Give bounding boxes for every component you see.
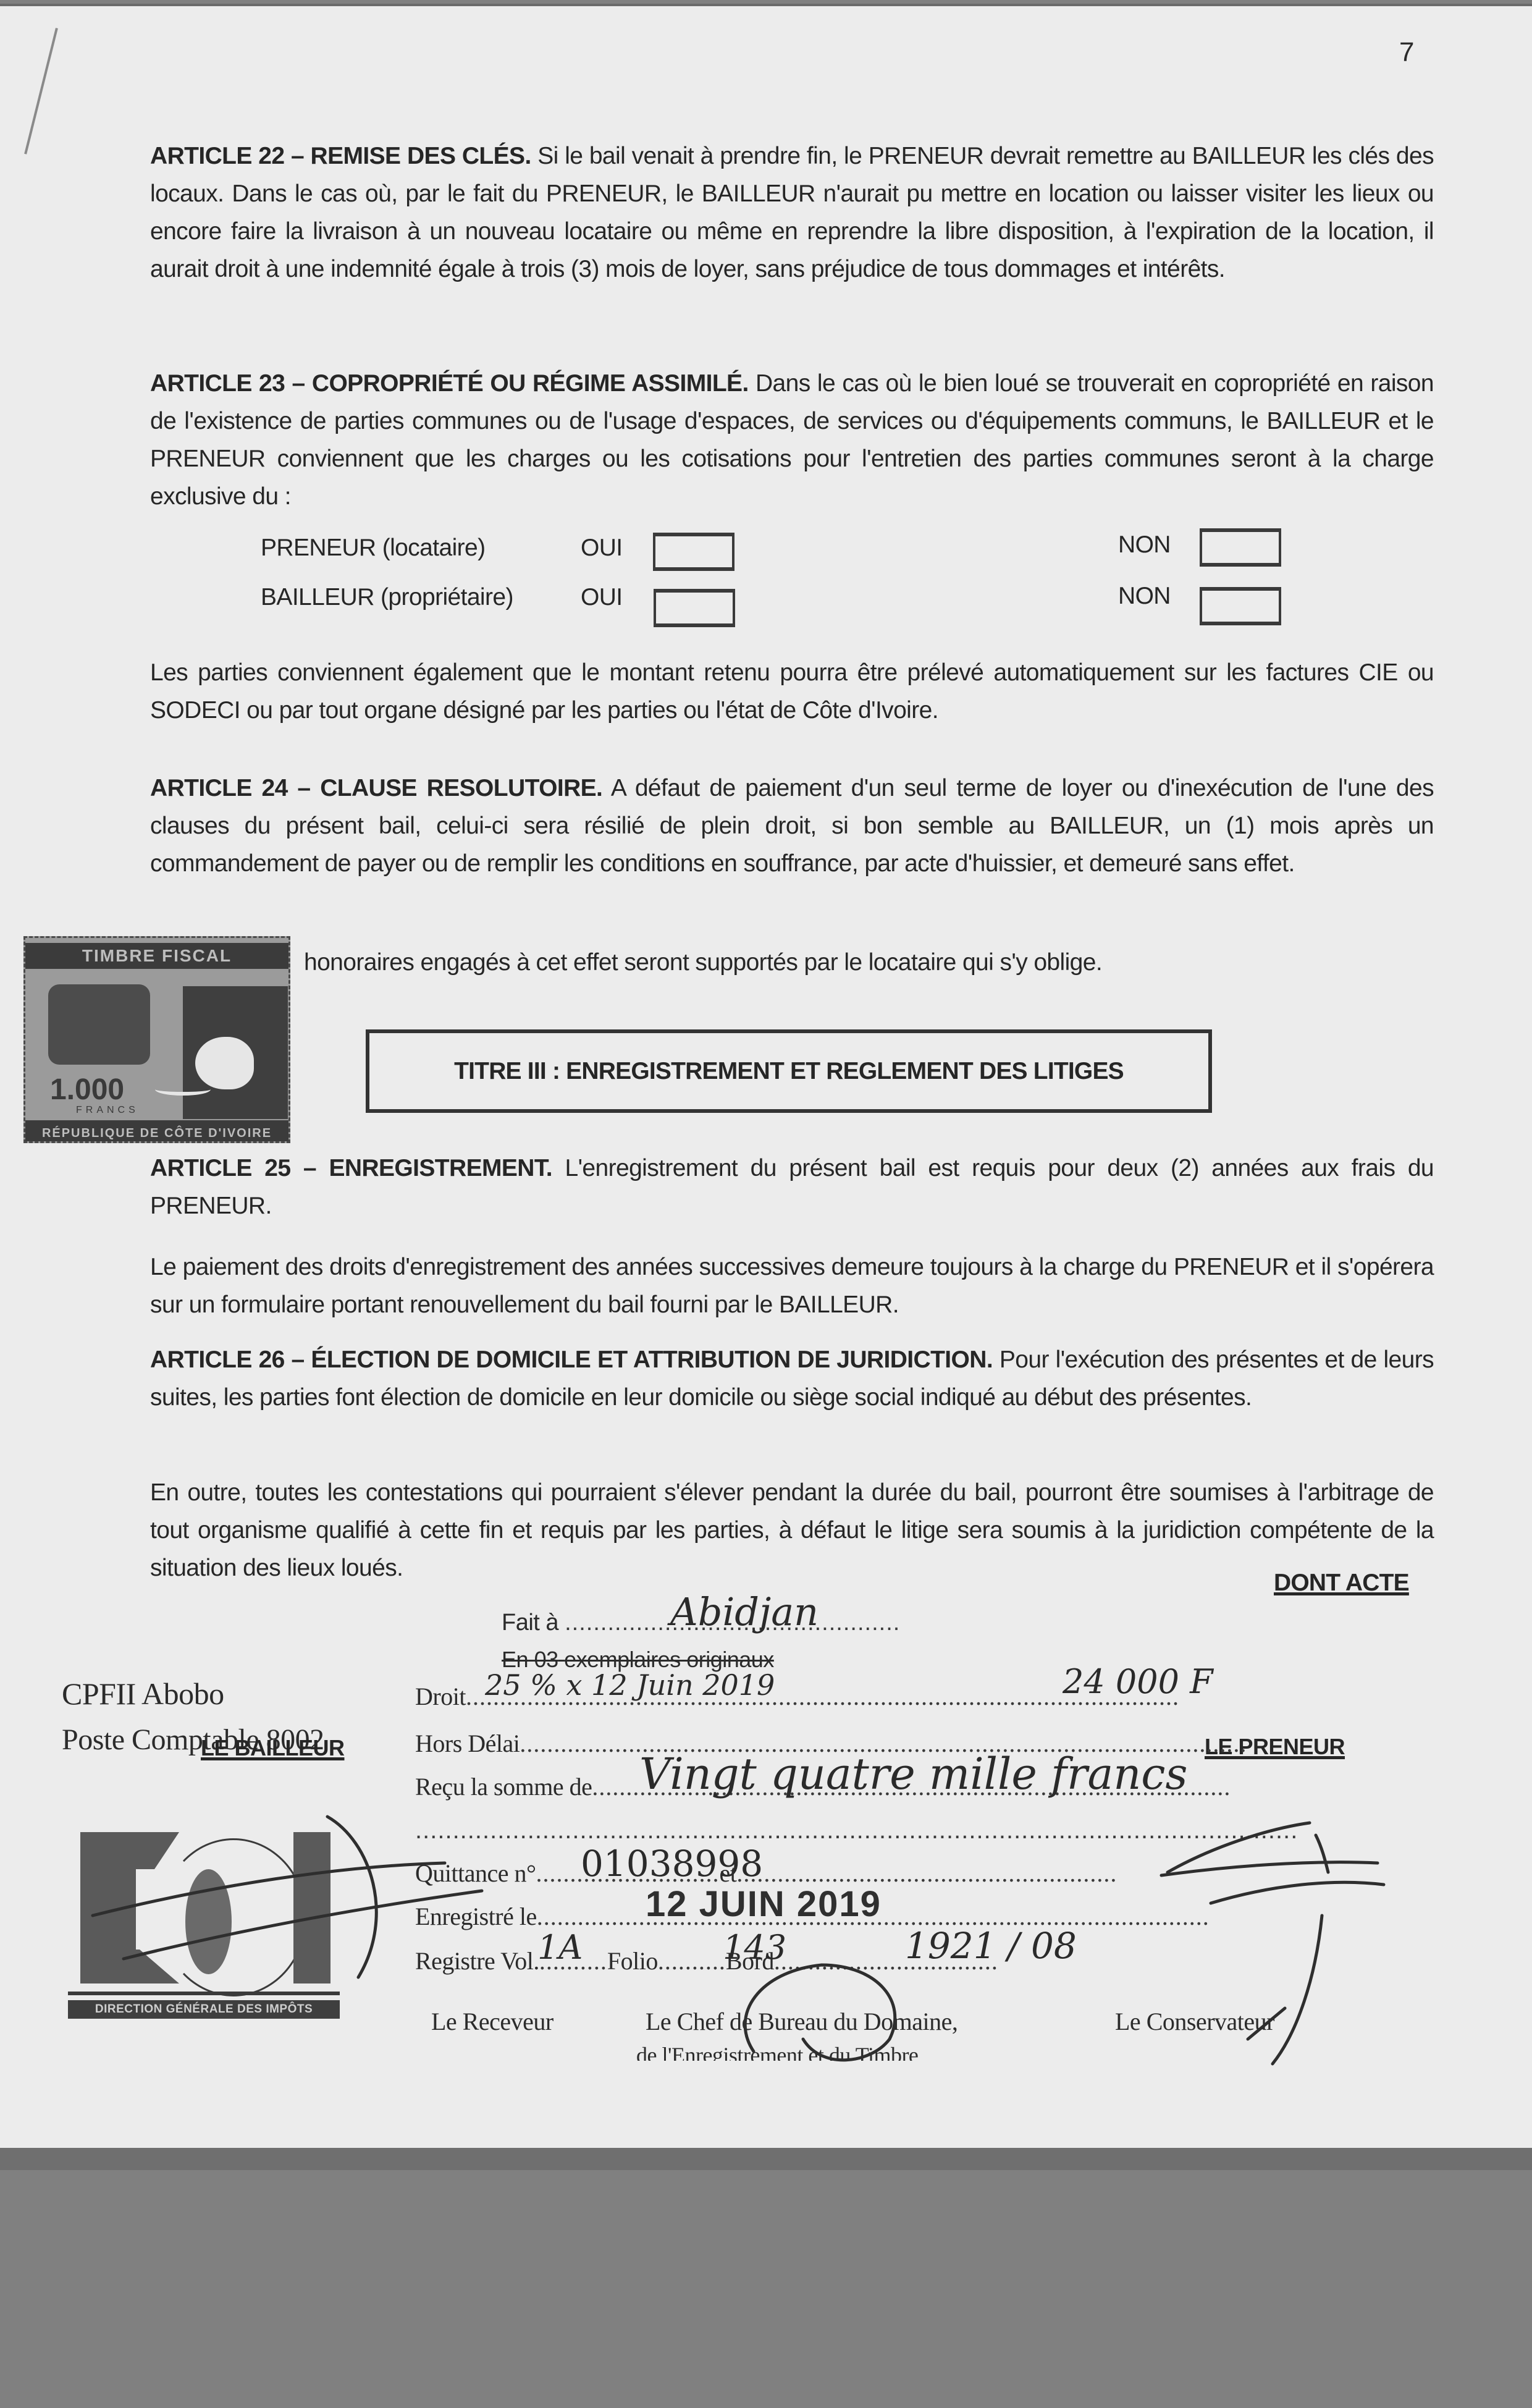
signatures-overlay bbox=[0, 0, 1532, 2408]
